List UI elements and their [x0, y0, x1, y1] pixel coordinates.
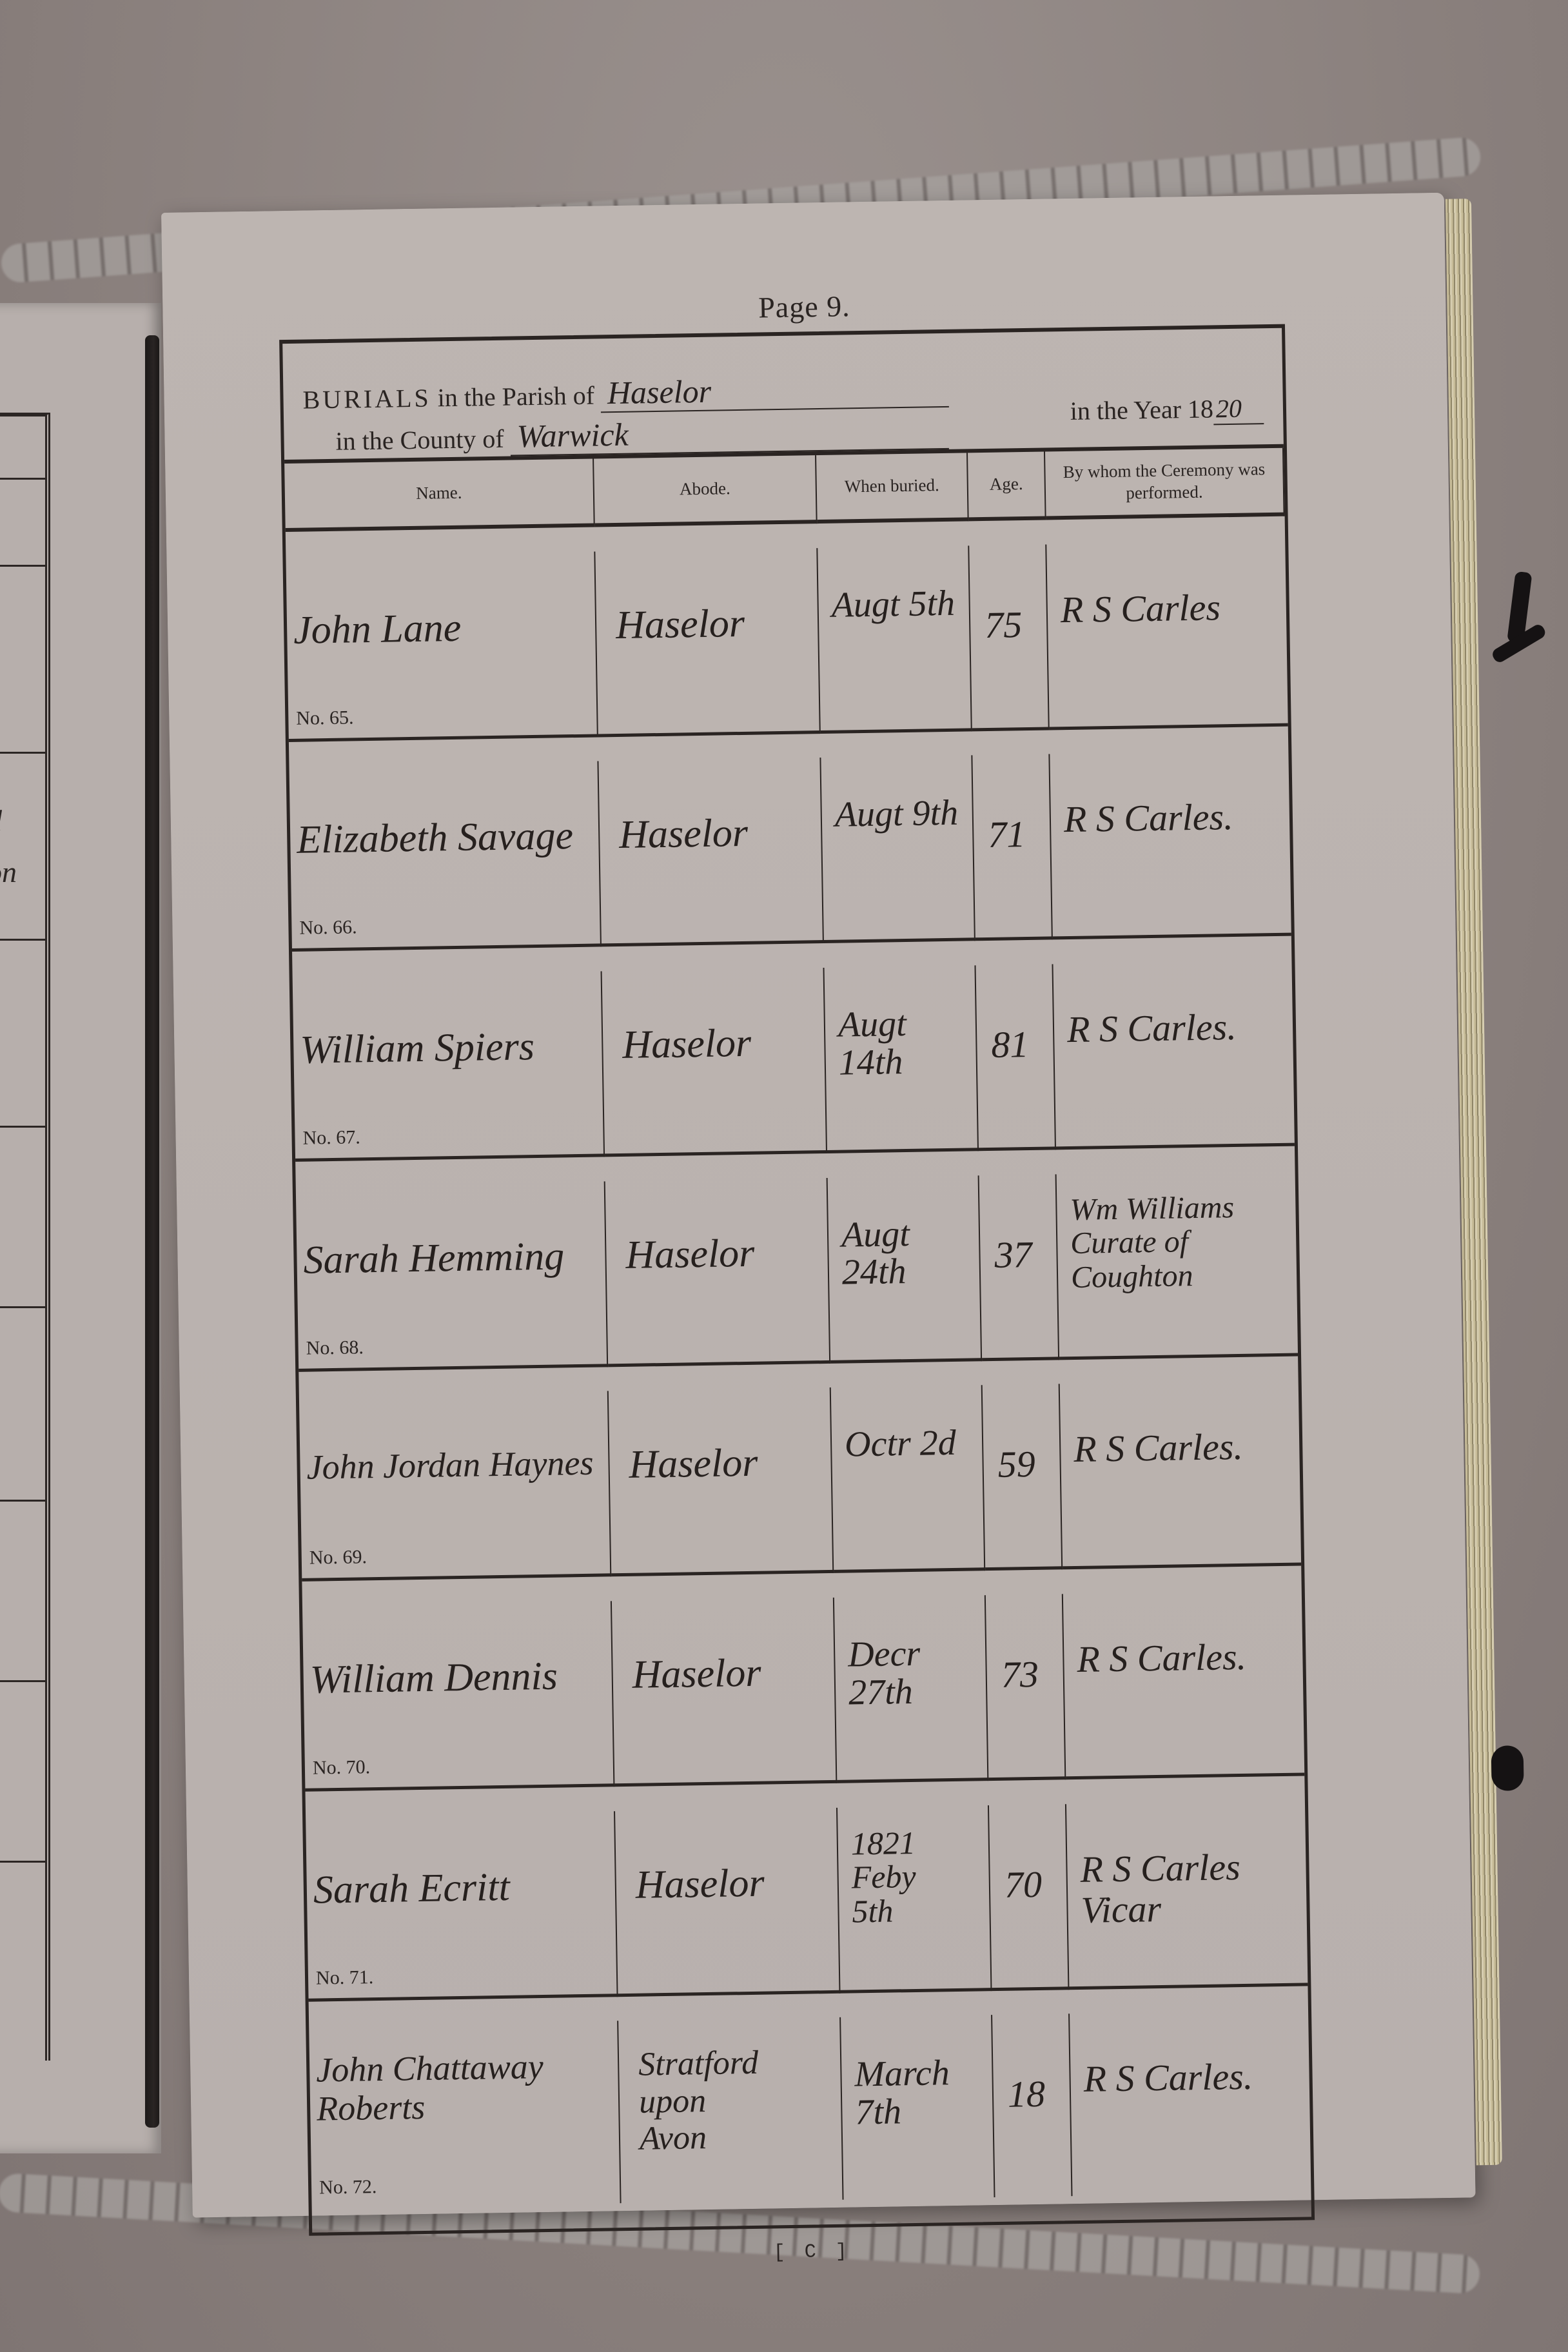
entry-number: No. 68. — [306, 1337, 364, 1359]
entry-abode: Haselor — [625, 1230, 755, 1278]
entry-date-cell: Augt 24th — [828, 1175, 982, 1364]
entry-abode-cell: Haselor — [609, 1387, 834, 1576]
entry-officiant-cell: R S Carles. — [1050, 750, 1291, 940]
entry-name: Sarah Ecritt — [313, 1864, 510, 1913]
entry-name-cell: Sarah Hemming No. 68. — [296, 1181, 608, 1372]
entry-age: 70 — [1004, 1863, 1042, 1906]
entry-when-buried: Augt 9th — [834, 794, 958, 834]
entry-officiant-cell: R S Carles. — [1063, 1590, 1304, 1779]
entry-name: William Spiers — [300, 1024, 534, 1073]
entry-when-buried: March 7th — [854, 2054, 950, 2131]
parish-field: Haselor — [600, 369, 949, 413]
entry-number: No. 69. — [309, 1547, 367, 1569]
county-prefix: in the County of — [335, 424, 504, 456]
left-rule — [0, 752, 45, 754]
entry-abode-cell: Haselor — [612, 1598, 837, 1787]
entry-name: William Dennis — [309, 1654, 558, 1703]
entry-age: 73 — [1001, 1652, 1039, 1696]
entry-officiant: R S Carles. — [1077, 1636, 1247, 1680]
entry-date-cell: Decr 27th — [834, 1595, 988, 1783]
entry-name-cell: Elizabeth Savage No. 66. — [289, 761, 602, 952]
entry-name-cell: Sarah Ecritt No. 71. — [306, 1811, 618, 2002]
entry-name: Sarah Hemming — [303, 1233, 565, 1283]
entry-abode-cell: Haselor — [602, 968, 827, 1157]
book-gutter — [145, 335, 159, 2128]
entry-officiant: R S Carles. — [1063, 796, 1233, 840]
entry-when-buried: 1821 Feby 5th — [850, 1826, 916, 1928]
register-grid: Name. Abode. When buried. Age. By whom t… — [284, 448, 1311, 2233]
left-rule — [0, 1126, 45, 1128]
binding-tie-bottom — [1491, 1745, 1524, 1791]
entry-name: Elizabeth Savage — [297, 813, 574, 863]
entry-name-cell: William Spiers No. 67. — [293, 971, 605, 1162]
left-rule — [0, 478, 45, 480]
entry-abode: Haselor — [632, 1651, 761, 1698]
column-header-officiant: By whom the Ceremony was performed. — [1045, 448, 1285, 520]
left-rule — [0, 939, 45, 941]
entry-officiant-cell: Wm Williams Curate of Coughton — [1057, 1170, 1298, 1360]
entry-officiant: R S Carles. — [1083, 2056, 1253, 2100]
entry-abode: Stratford upon Avon — [638, 2044, 760, 2157]
entry-number: No. 66. — [299, 917, 357, 939]
entry-age-cell: 71 — [972, 754, 1053, 941]
left-page-fragment: d — [0, 803, 2, 838]
entry-age-cell: 75 — [969, 544, 1050, 731]
entry-age: 59 — [997, 1442, 1035, 1486]
entry-date-cell: Octr 2d — [831, 1386, 985, 1574]
entry-name: John Jordan Haynes — [306, 1443, 594, 1487]
entry-abode: Haselor — [622, 1021, 752, 1068]
entry-number: No. 67. — [302, 1126, 360, 1149]
entry-when-buried: Augt 14th — [838, 1004, 976, 1082]
left-facing-page: ony s d on s s s e s s — [0, 303, 161, 2153]
burial-register-table: BURIALS in the Parish of Haselor in the … — [279, 324, 1315, 2236]
register-page: Page 9. BURIALS in the Parish of Haselor… — [161, 193, 1476, 2218]
entry-age: 18 — [1007, 2072, 1045, 2116]
entry-age-cell: 37 — [979, 1174, 1060, 1361]
entry-officiant: R S Carles. — [1073, 1426, 1244, 1470]
entry-abode-cell: Haselor — [605, 1178, 830, 1367]
entry-age: 81 — [991, 1023, 1029, 1066]
entry-age: 37 — [994, 1233, 1032, 1277]
entry-name: John Chattaway Roberts — [316, 2048, 544, 2128]
entry-date-cell: Augt 9th — [821, 756, 975, 944]
entry-name-cell: John Jordan Haynes No. 69. — [299, 1391, 611, 1582]
entry-officiant-cell: R S Carles — [1046, 540, 1288, 730]
entry-age-cell: 18 — [992, 2014, 1072, 2198]
entry-abode: Haselor — [616, 601, 745, 649]
left-rule — [0, 1861, 45, 1863]
entry-officiant: R S Carles — [1060, 587, 1220, 631]
entry-officiant-cell: R S Carles Vicar — [1066, 1800, 1308, 1990]
entry-age-cell: 70 — [989, 1804, 1070, 1991]
parish-prefix: in the Parish of — [437, 380, 594, 412]
entry-date-cell: March 7th — [841, 2015, 995, 2200]
left-page-fragment: on — [0, 855, 17, 889]
entry-number: No. 71. — [316, 1966, 374, 1989]
year-line: in the Year 1820 — [1070, 393, 1264, 427]
year-field: 20 — [1213, 393, 1264, 425]
entry-abode-cell: Haselor — [598, 758, 823, 946]
column-header-age: Age. — [968, 452, 1046, 522]
entry-officiant: R S Carles Vicar — [1080, 1847, 1241, 1931]
entry-number: No. 72. — [319, 2176, 377, 2199]
entry-date-cell: Augt 14th — [825, 965, 979, 1153]
entry-officiant-cell: R S Carles. — [1053, 961, 1294, 1150]
entry-name-cell: John Chattaway Roberts No. 72. — [309, 2021, 621, 2209]
entry-abode: Haselor — [619, 810, 749, 858]
entry-abode-cell: Haselor — [615, 1807, 840, 1996]
entry-officiant-cell: R S Carles. — [1060, 1380, 1301, 1570]
column-header-abode: Abode. — [594, 455, 818, 527]
entry-age-cell: 59 — [983, 1384, 1063, 1571]
entry-number: No. 70. — [313, 1756, 371, 1779]
entry-officiant: Wm Williams Curate of Coughton — [1070, 1191, 1235, 1295]
column-header-name: Name. — [284, 459, 595, 533]
left-rule — [0, 565, 45, 567]
entry-abode: Haselor — [629, 1440, 758, 1488]
entry-officiant-cell: R S Carles. — [1070, 2010, 1311, 2197]
entry-abode: Haselor — [635, 1860, 765, 1908]
entry-age: 71 — [988, 812, 1026, 856]
entry-abode-cell: Stratford upon Avon — [618, 2017, 843, 2203]
entry-name-cell: William Dennis No. 70. — [302, 1601, 614, 1792]
entry-date-cell: Augt 5th — [818, 545, 972, 734]
left-rule — [0, 1306, 45, 1308]
entry-when-buried: Augt 24th — [841, 1214, 980, 1292]
entry-name-cell: John Lane No. 65. — [286, 551, 598, 742]
entry-when-buried: Decr 27th — [848, 1634, 986, 1712]
parish-line: BURIALS in the Parish of Haselor — [302, 369, 949, 418]
entry-age-cell: 81 — [975, 964, 1056, 1151]
left-rule — [0, 1500, 45, 1502]
burials-label: BURIALS — [302, 383, 431, 414]
entry-when-buried: Augt 5th — [831, 584, 955, 624]
entry-officiant: R S Carles. — [1067, 1006, 1237, 1050]
left-page-table: ony s d on s s s e s s — [0, 413, 50, 2061]
entry-abode-cell: Haselor — [595, 548, 820, 737]
entry-age-cell: 73 — [986, 1594, 1066, 1781]
column-header-when-buried: When buried. — [816, 453, 969, 524]
entry-number: No. 65. — [296, 707, 354, 729]
register-heading: BURIALS in the Parish of Haselor in the … — [282, 328, 1284, 464]
county-line: in the County of Warwick — [335, 411, 949, 459]
entry-date-cell: 1821 Feby 5th — [838, 1805, 992, 1994]
entry-name: John Lane — [293, 605, 462, 653]
entry-when-buried: Octr 2d — [845, 1424, 957, 1464]
photo-scene: ony s d on s s s e s s Page 9. — [0, 0, 1568, 2352]
left-rule — [0, 1680, 45, 1682]
page-block-edge — [1445, 199, 1502, 2165]
entry-age: 75 — [985, 603, 1023, 647]
year-prefix: in the Year 18 — [1070, 394, 1213, 425]
county-field: Warwick — [510, 411, 949, 456]
